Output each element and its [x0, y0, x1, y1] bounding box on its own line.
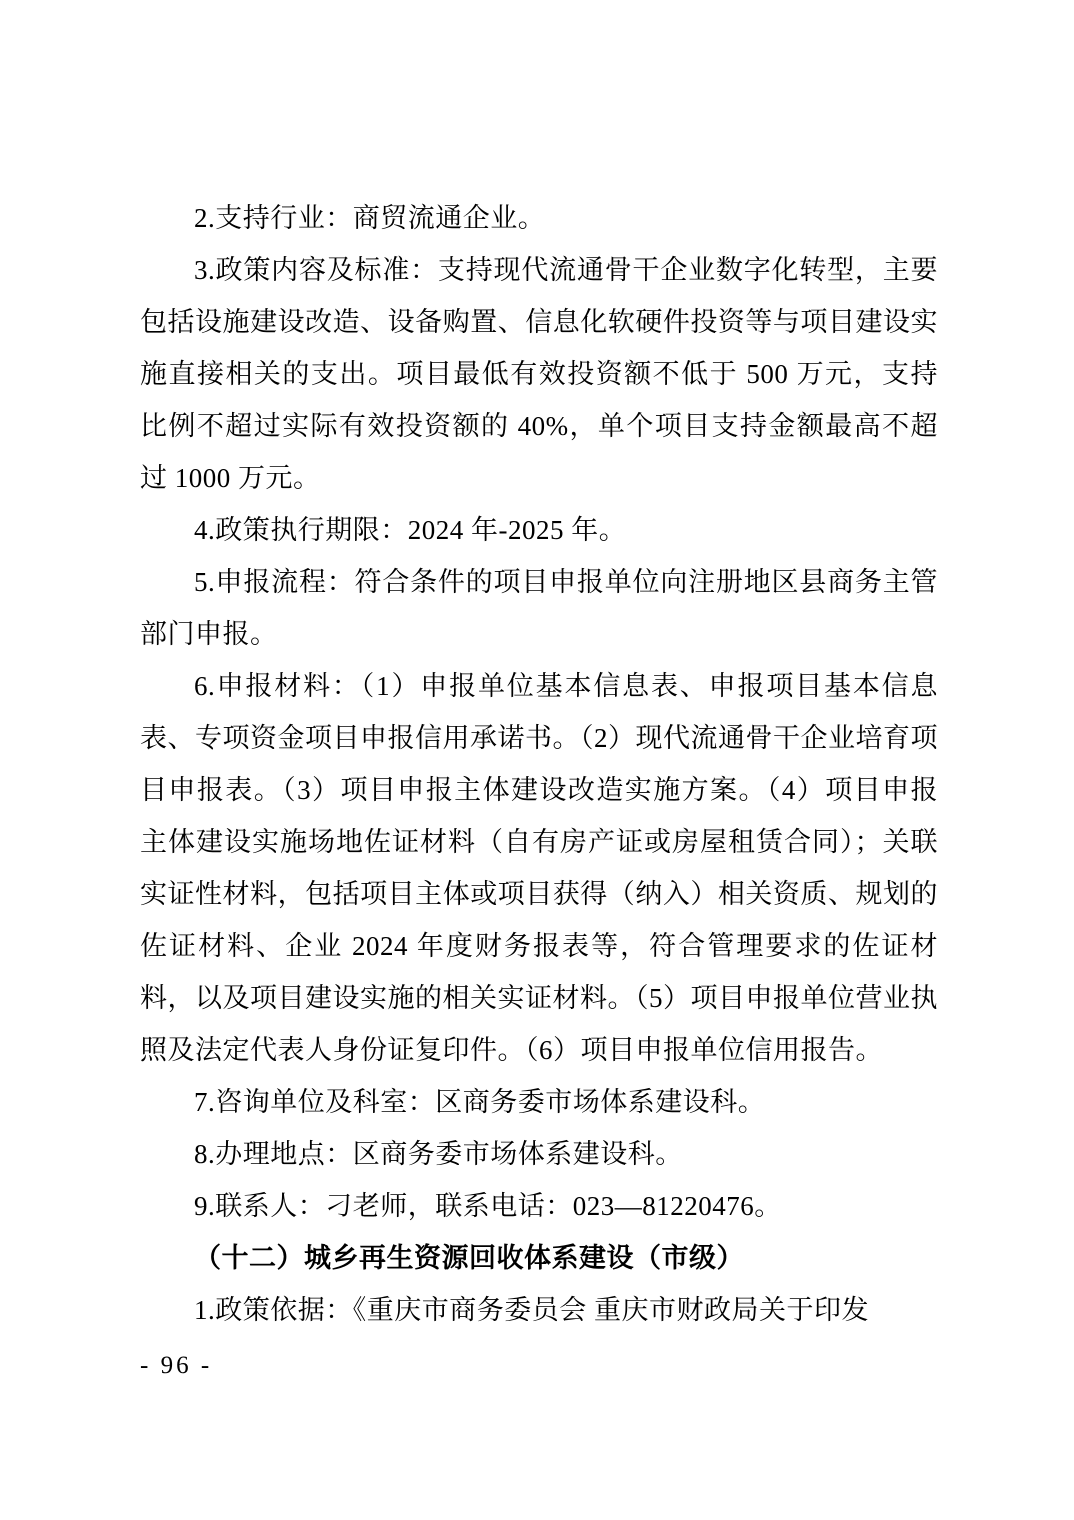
page-number: - 96 -: [140, 1350, 212, 1382]
document-body: 2.支持行业：商贸流通企业。 3.政策内容及标准：支持现代流通骨干企业数字化转型…: [140, 192, 938, 1336]
paragraph-application-materials: 6.申报材料：（1）申报单位基本信息表、申报项目基本信息表、专项资金项目申报信用…: [140, 660, 938, 1076]
paragraph-contact-person: 9.联系人：刁老师，联系电话：023—81220476。: [140, 1180, 938, 1232]
document-page: 2.支持行业：商贸流通企业。 3.政策内容及标准：支持现代流通骨干企业数字化转型…: [0, 0, 1074, 1520]
paragraph-handling-location: 8.办理地点：区商务委市场体系建设科。: [140, 1128, 938, 1180]
section-heading: （十二）城乡再生资源回收体系建设（市级）: [140, 1232, 938, 1284]
paragraph-policy-basis: 1.政策依据：《重庆市商务委员会 重庆市财政局关于印发: [140, 1284, 938, 1336]
paragraph-policy-content: 3.政策内容及标准：支持现代流通骨干企业数字化转型，主要包括设施建设改造、设备购…: [140, 244, 938, 504]
paragraph-consulting-unit: 7.咨询单位及科室：区商务委市场体系建设科。: [140, 1076, 938, 1128]
paragraph-application-process: 5.申报流程：符合条件的项目申报单位向注册地区县商务主管部门申报。: [140, 556, 938, 660]
paragraph-support-industry: 2.支持行业：商贸流通企业。: [140, 192, 938, 244]
paragraph-policy-period: 4.政策执行期限：2024 年-2025 年。: [140, 504, 938, 556]
